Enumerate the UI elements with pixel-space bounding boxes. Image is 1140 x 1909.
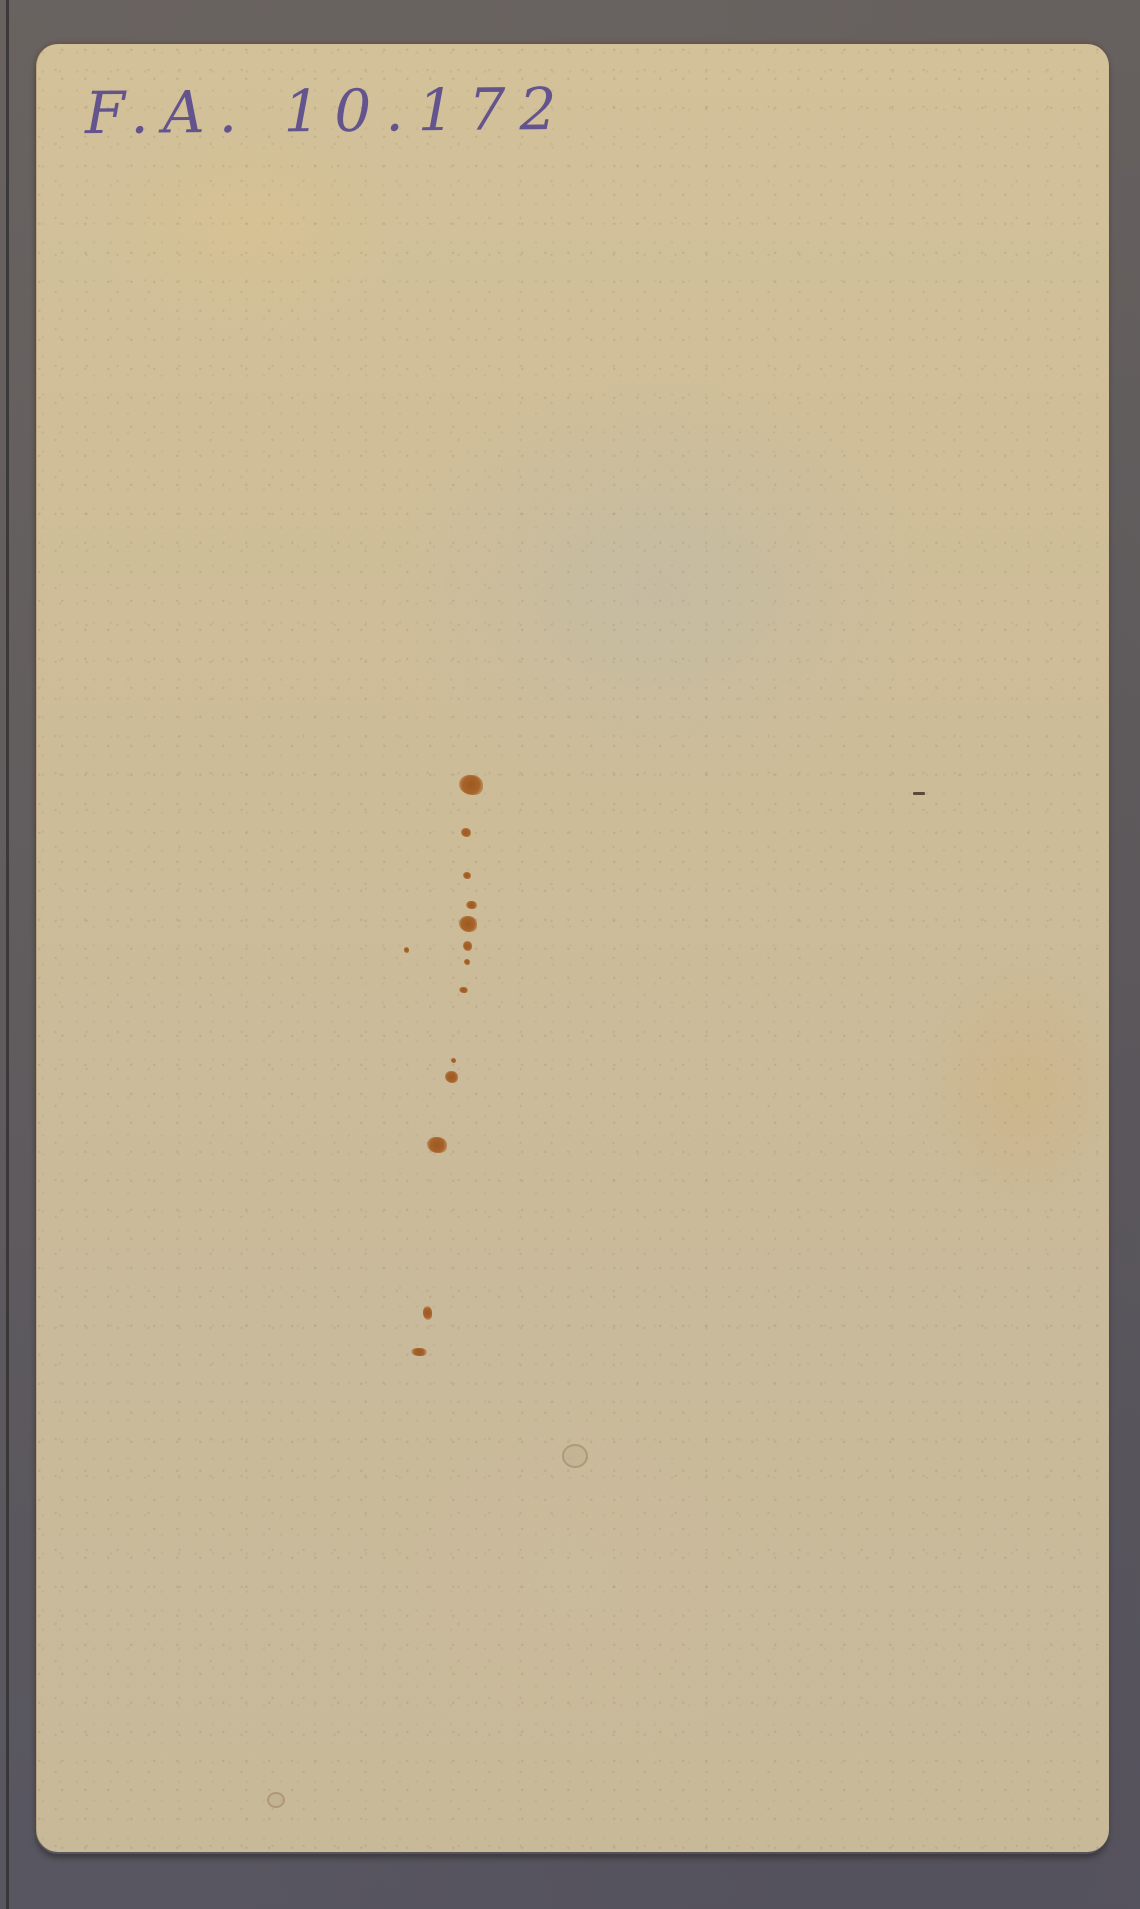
ink-fleck — [913, 792, 925, 795]
rust-spot — [445, 1071, 458, 1083]
rust-spot — [463, 941, 472, 951]
rust-spot — [427, 1137, 447, 1153]
accession-number-inscription: F.A. 10.172 — [85, 80, 571, 142]
rust-spot — [466, 901, 477, 909]
small-stain — [267, 1792, 285, 1808]
photo-card-back: F.A. 10.172 — [36, 44, 1109, 1852]
rust-spot — [451, 1058, 456, 1063]
rust-spot — [411, 1348, 427, 1356]
rust-spot — [461, 828, 471, 837]
rust-spot — [463, 872, 471, 879]
paper-grain — [37, 44, 1109, 1852]
rust-spot — [459, 775, 483, 795]
rust-spot — [459, 916, 477, 932]
rust-spot — [464, 959, 470, 965]
rust-spot — [423, 1306, 432, 1320]
ring-stain — [562, 1444, 588, 1468]
mount-edge-line — [6, 0, 9, 1909]
rust-spot — [404, 947, 409, 953]
rust-spot — [459, 987, 468, 993]
